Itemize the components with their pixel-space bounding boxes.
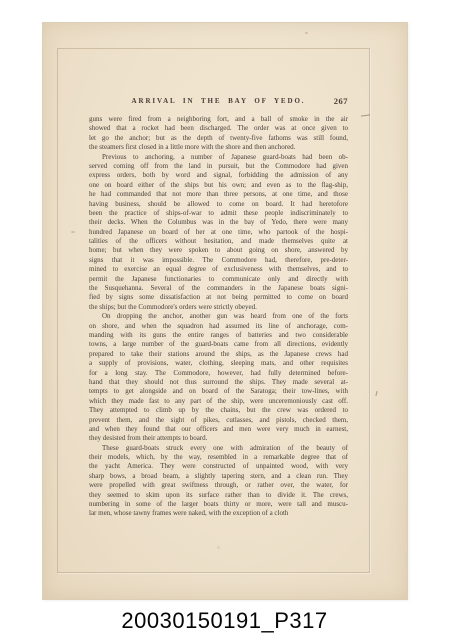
text-line: a supply of provisions, water, clothing,… <box>89 359 348 368</box>
text-line: towns, a large number of the guard-boats… <box>89 340 348 349</box>
text-line: hand that they should not thus surround … <box>89 378 348 387</box>
text-line: one on board either of the ships but his… <box>89 181 348 190</box>
text-line: mined to exercise an equal degree of exc… <box>89 265 348 274</box>
text-line: manding with its guns the entire ranges … <box>89 331 348 340</box>
paper-stain <box>217 546 220 549</box>
text-line: They attempted to climb up by the chains… <box>89 406 348 415</box>
text-line: which they made fast to any part of the … <box>89 397 348 406</box>
text-line: These guard-boats struck every one with … <box>89 444 348 453</box>
image-id-label: 20030150191_P317 <box>0 602 449 640</box>
page-text-block: ARRIVAL IN THE BAY OF YEDO. 267 guns wer… <box>89 97 348 519</box>
text-line: on shore, and when the squadron had assu… <box>89 322 348 331</box>
text-line: they desisted from their attempts to boa… <box>89 434 348 443</box>
text-line: their decks. When the Columbus was in th… <box>89 218 348 227</box>
text-line: and when they found that our officers an… <box>89 425 348 434</box>
page-body: guns were fired from a neighboring fort,… <box>89 115 348 519</box>
text-line: numbering in some of the larger boats th… <box>89 500 348 509</box>
text-line: home; but when they were spoken to about… <box>89 246 348 255</box>
text-line: showed that a rocket had been discharged… <box>89 124 348 133</box>
text-line: sharp bows, a broad beam, a slightly tap… <box>89 472 348 481</box>
text-line: guns were fired from a neighboring fort,… <box>89 115 348 124</box>
text-line: the ships; but the Commodore's orders we… <box>89 303 348 312</box>
text-line: the steamers first closed in a little mo… <box>89 143 348 152</box>
text-line: fied by signs some dissatisfaction at no… <box>89 293 348 302</box>
text-line: Previous to anchoring, a number of Japan… <box>89 153 348 162</box>
text-line: he had commanded that not more than thre… <box>89 190 348 199</box>
text-line: served coming off from the land in pursu… <box>89 162 348 171</box>
paper-stain <box>305 32 308 34</box>
margin-mark <box>375 391 377 396</box>
text-line: their models, which, by the way, resembl… <box>89 453 348 462</box>
text-line: prevent them, and the sight of pikes, cu… <box>89 416 348 425</box>
text-line: hundred Japanese on board of her at one … <box>89 228 348 237</box>
text-line: were propelled with great swiftness thro… <box>89 481 348 490</box>
text-line: let go the anchor; but as the depth of t… <box>89 134 348 143</box>
text-line: they seemed to skim upon its surface rat… <box>89 491 348 500</box>
text-line: express orders, both by word and signal,… <box>89 171 348 180</box>
text-line: having business, should be allowed to co… <box>89 200 348 209</box>
text-line: been the practice of ships-of-war to adm… <box>89 209 348 218</box>
page-number: 267 <box>334 96 348 106</box>
text-line: the Susquehanna. Several of the commande… <box>89 284 348 293</box>
text-line: for a long stay. The Commodore, however,… <box>89 369 348 378</box>
text-line: prepared to take their stations around t… <box>89 350 348 359</box>
text-line: signs that it was impossible. The Commod… <box>89 256 348 265</box>
running-head-title: ARRIVAL IN THE BAY OF YEDO. <box>132 97 306 105</box>
text-line: On dropping the anchor, another gun was … <box>89 312 348 321</box>
text-line: lar men, whose tawny frames were naked, … <box>89 509 348 518</box>
text-line: tempts to get alongside and on board of … <box>89 387 348 396</box>
running-head: ARRIVAL IN THE BAY OF YEDO. 267 <box>89 97 348 107</box>
text-line: talities of the officers without hesitat… <box>89 237 348 246</box>
text-line: the yacht America. They were constructed… <box>89 462 348 471</box>
scanned-page: ARRIVAL IN THE BAY OF YEDO. 267 guns wer… <box>42 22 408 600</box>
text-line: permit the Japanese functionaries to com… <box>89 275 348 284</box>
paper-stain <box>71 231 75 233</box>
